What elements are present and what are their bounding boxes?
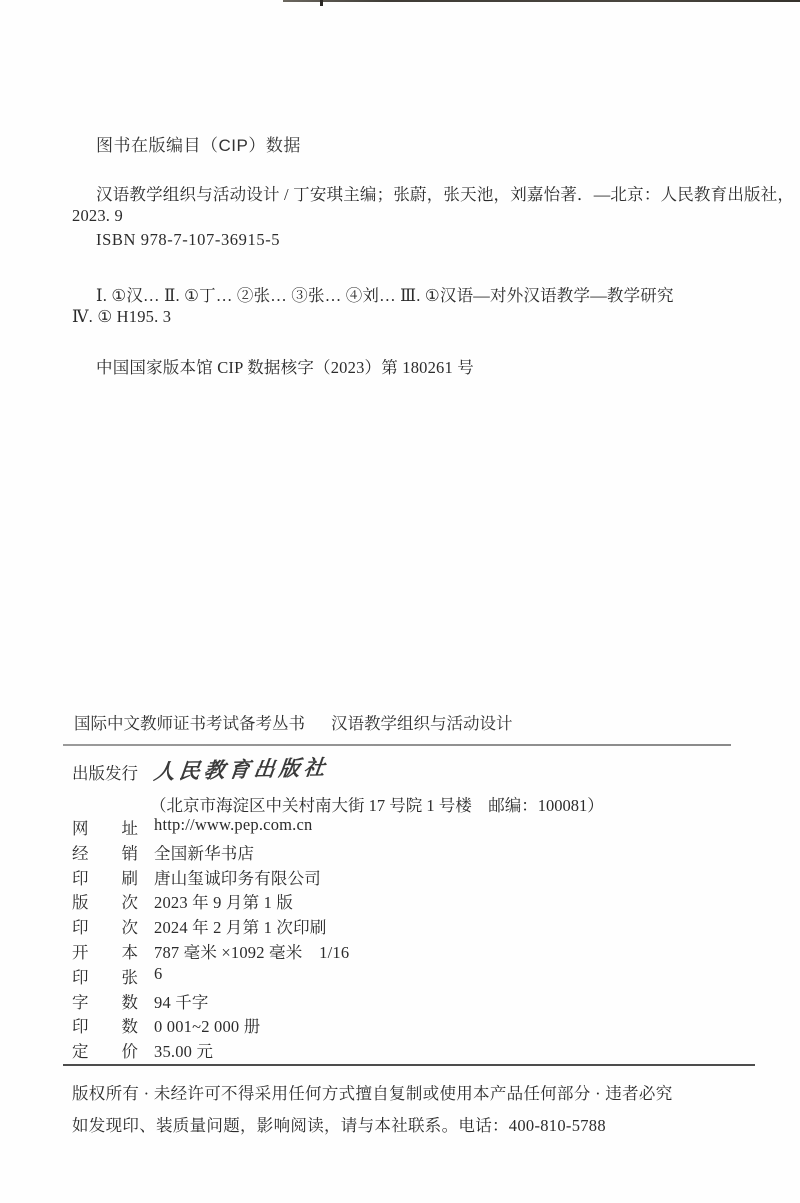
copyright-page: 图书在版编目（CIP）数据 汉语教学组织与活动设计 / 丁安琪主编；张蔚，张天池… (0, 0, 800, 1203)
colophon-row-edition: 版次 2023 年 9 月第 1 版 (72, 889, 349, 914)
colophon-row-website: 网址 http://www.pep.com.cn (72, 815, 349, 840)
quality-contact-line: 如发现印、装质量问题，影响阅读，请与本社联系。电话：400-810-5788 (72, 1112, 606, 1136)
cip-heading: 图书在版编目（CIP）数据 (96, 131, 301, 156)
colophon-row-wordcount: 字数 94 千字 (72, 989, 349, 1014)
cip-isbn: ISBN 978-7-107-36915-5 (96, 230, 280, 250)
cip-title-line-continuation: 2023. 9 (72, 206, 123, 226)
row-label: 开本 (72, 939, 138, 963)
cip-record-number: 中国国家版本馆 CIP 数据核字（2023）第 180261 号 (96, 354, 474, 378)
divider-bottom (63, 1064, 755, 1066)
row-label: 印刷 (72, 865, 138, 889)
publisher-row: 出版发行 人民教育出版社 (72, 760, 329, 786)
row-value: 35.00 元 (154, 1038, 213, 1062)
colophon-row-printing: 印次 2024 年 2 月第 1 次印刷 (72, 914, 349, 939)
row-value: 6 (154, 964, 162, 984)
row-value: 唐山玺诚印务有限公司 (154, 865, 321, 889)
colophon-row-sheets: 印张 6 (72, 964, 349, 989)
cip-title-line: 汉语教学组织与活动设计 / 丁安琪主编；张蔚，张天池，刘嘉怡著．—北京：人民教育… (96, 181, 794, 205)
copyright-notice: 版权所有 · 未经许可不得采用任何方式擅自复制或使用本产品任何部分 · 违者必究 (72, 1080, 673, 1104)
colophon-row-distributor: 经销 全国新华书店 (72, 840, 349, 865)
row-label: 印张 (72, 964, 138, 988)
row-value: 2023 年 9 月第 1 版 (154, 889, 293, 913)
row-label: 经销 (72, 840, 138, 864)
row-label: 定价 (72, 1038, 138, 1062)
row-label: 版次 (72, 889, 138, 913)
row-label: 网址 (72, 815, 138, 839)
publisher-address: （北京市海淀区中关村南大街 17 号院 1 号楼 邮编：100081） (150, 792, 604, 816)
publisher-calligraphy-logo: 人民教育出版社 (152, 751, 330, 786)
row-value: 0 001~2 000 册 (154, 1013, 260, 1037)
divider-top (63, 744, 731, 746)
scan-edge-artifact (283, 0, 800, 2)
row-value: 2024 年 2 月第 1 次印刷 (154, 914, 327, 938)
series-name: 国际中文教师证书考试备考丛书 (74, 715, 305, 733)
cip-subject-entries: Ⅰ. ①汉… Ⅱ. ①丁… ②张… ③张… ④刘… Ⅲ. ①汉语—对外汉语教学—… (96, 282, 674, 306)
colophon-row-format: 开本 787 毫米 ×1092 毫米 1/16 (72, 939, 349, 964)
row-label: 印次 (72, 914, 138, 938)
colophon-row-printer: 印刷 唐山玺诚印务有限公司 (72, 865, 349, 890)
scan-tick-artifact (320, 0, 323, 6)
colophon-rows: 网址 http://www.pep.com.cn 经销 全国新华书店 印刷 唐山… (72, 815, 349, 1063)
cip-classification-code: Ⅳ. ① H195. 3 (72, 307, 171, 327)
website-url: http://www.pep.com.cn (154, 815, 312, 835)
row-value: 全国新华书店 (154, 840, 254, 864)
book-title: 汉语教学组织与活动设计 (331, 715, 513, 733)
colophon-row-price: 定价 35.00 元 (72, 1038, 349, 1063)
row-label: 印数 (72, 1013, 138, 1037)
row-value: 787 毫米 ×1092 毫米 1/16 (154, 939, 349, 963)
series-title-line: 国际中文教师证书考试备考丛书汉语教学组织与活动设计 (74, 710, 513, 734)
colophon-row-printrun: 印数 0 001~2 000 册 (72, 1013, 349, 1038)
row-value: 94 千字 (154, 989, 209, 1013)
publisher-label: 出版发行 (72, 760, 138, 784)
row-label: 字数 (72, 989, 138, 1013)
